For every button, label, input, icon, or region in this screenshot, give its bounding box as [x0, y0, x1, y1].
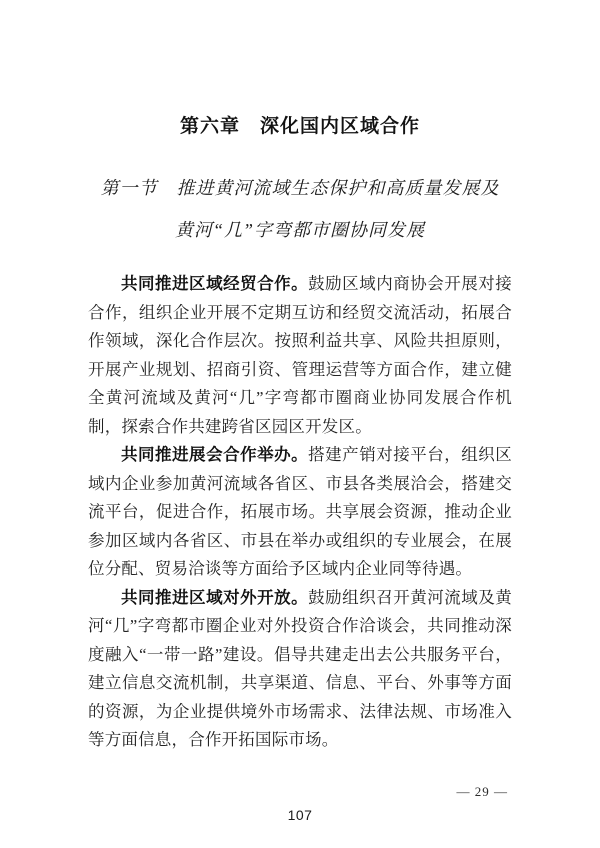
- chapter-title: 第六章 深化国内区域合作: [0, 111, 600, 138]
- paragraph-opening-up: 共同推进区域对外开放。鼓励组织召开黄河流域及黄河“几”字弯都市圈企业对外投资合作…: [88, 584, 512, 755]
- paragraph-exhibition-cooperation: 共同推进展会合作举办。搭建产销对接平台，组织区域内企业参加黄河流域各省区、市县各…: [88, 441, 512, 584]
- paragraph-text: 鼓励区域内商协会开展对接合作，组织企业开展不定期互访和经贸交流活动，拓展合作领域…: [88, 274, 512, 436]
- document-body: 共同推进区域经贸合作。鼓励区域内商协会开展对接合作，组织企业开展不定期互访和经贸…: [88, 270, 512, 755]
- print-page-number: 107: [0, 807, 600, 823]
- section-title: 第一节 推进黄河流域生态保护和高质量发展及 黄河“几”字弯都市圈协同发展: [0, 167, 600, 251]
- document-page-number: — 29 —: [457, 784, 509, 800]
- paragraph-lead: 共同推进区域经贸合作。: [121, 275, 308, 293]
- document-page: 第六章 深化国内区域合作 第一节 推进黄河流域生态保护和高质量发展及 黄河“几”…: [0, 0, 600, 848]
- section-title-line2: 黄河“几”字弯都市圈协同发展: [0, 209, 600, 251]
- paragraph-lead: 共同推进展会合作举办。: [121, 446, 308, 464]
- section-title-line1: 第一节 推进黄河流域生态保护和高质量发展及: [0, 167, 600, 209]
- paragraph-lead: 共同推进区域对外开放。: [121, 589, 308, 607]
- paragraph-text: 搭建产销对接平台，组织区域内企业参加黄河流域各省区、市县各类展洽会，搭建交流平台…: [88, 445, 512, 578]
- paragraph-text: 鼓励组织召开黄河流域及黄河“几”字弯都市圈企业对外投资合作洽谈会，共同推动深度融…: [88, 588, 512, 750]
- paragraph-regional-trade: 共同推进区域经贸合作。鼓励区域内商协会开展对接合作，组织企业开展不定期互访和经贸…: [88, 270, 512, 441]
